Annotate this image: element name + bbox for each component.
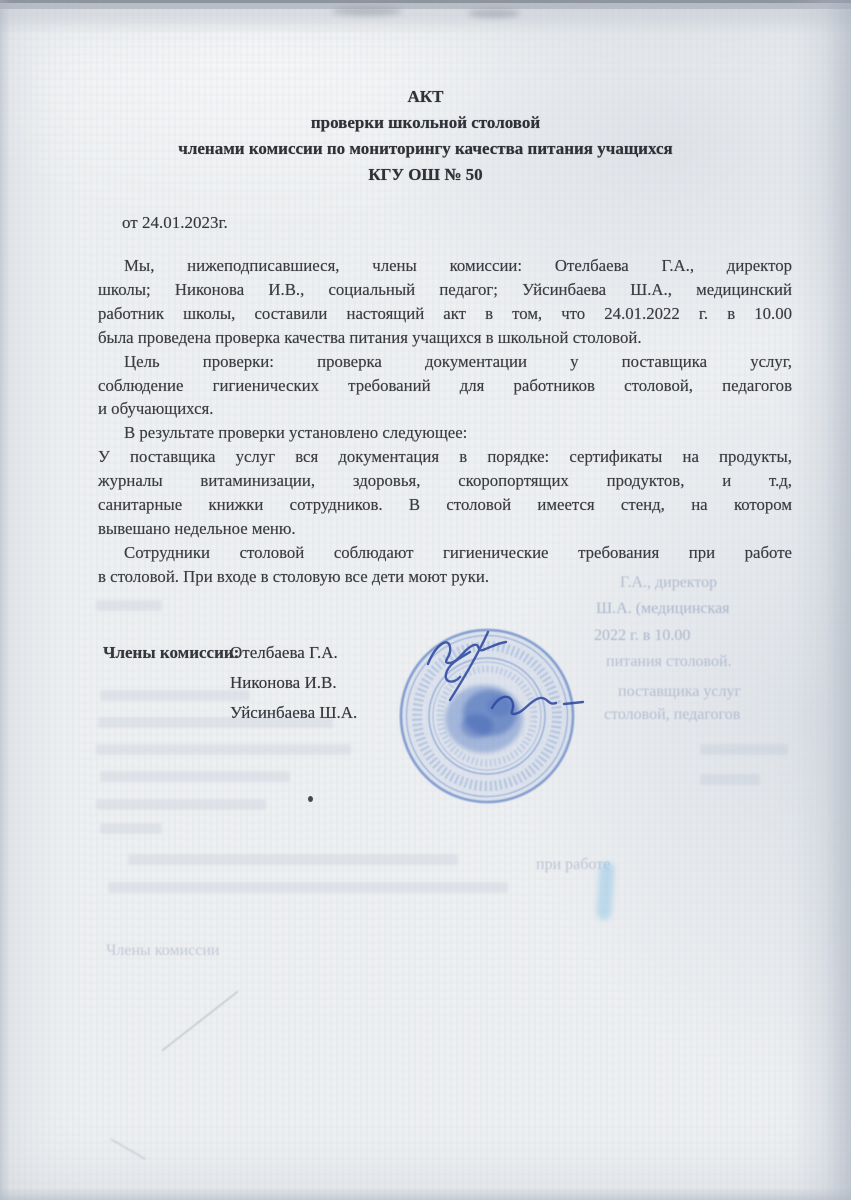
ghost-bleedthrough-smudge: [100, 771, 290, 782]
title-line-3: членами комиссии по мониторингу качества…: [0, 136, 851, 162]
scan-edge-bottom: [0, 1188, 851, 1200]
scan-edge-top: [0, 0, 851, 34]
ghost-bleedthrough-text: Ш.А. (медицинская: [596, 600, 730, 618]
body-line: была проведена проверка качества питания…: [98, 326, 792, 350]
ghost-bleedthrough-smudge: [700, 744, 788, 755]
body-line: У поставщика услуг вся документация в по…: [98, 445, 792, 469]
title-line-1: АКТ: [0, 84, 851, 110]
signature-ink: [390, 612, 610, 737]
body-line: вывешано недельное меню.: [98, 517, 792, 541]
body-line: и обучающихся.: [98, 397, 792, 421]
body-line: Мы, нижеподписавшиеся, члены комиссии: О…: [98, 254, 792, 278]
scanned-document-page: АКТ проверки школьной столовой членами к…: [0, 0, 851, 1200]
ghost-bleedthrough-text: столовой, педагогов: [604, 706, 740, 724]
scan-smudge: [332, 7, 402, 16]
document-body: Мы, нижеподписавшиеся, члены комиссии: О…: [98, 254, 792, 589]
commission-label: Члены комиссии:: [103, 638, 239, 668]
ghost-bleedthrough-text: Г.А., директор: [620, 574, 717, 592]
ghost-bleedthrough-smudge: [100, 690, 250, 701]
ghost-bleedthrough-smudge: [96, 799, 266, 810]
scan-smudge: [468, 9, 520, 18]
ghost-bleedthrough-smudge: [98, 717, 333, 728]
scan-scratch: [162, 991, 239, 1052]
blue-smudge: [596, 862, 615, 921]
body-line: Цель проверки: проверка документации у п…: [98, 350, 792, 374]
body-line: школы; Никонова И.В., социальный педагог…: [98, 278, 792, 302]
ghost-bleedthrough-text: питания столовой.: [606, 653, 732, 671]
commission-member-1: Отелбаева Г.А.: [230, 638, 357, 668]
ghost-bleedthrough-text: Члены комиссии: [106, 942, 219, 960]
title-line-4: КГУ ОШ № 50: [0, 162, 851, 188]
scan-scratch: [110, 1138, 146, 1160]
commission-block: Члены комиссии: Отелбаева Г.А. Никонова …: [103, 638, 239, 668]
ink-dot: [308, 796, 313, 802]
ghost-bleedthrough-smudge: [700, 774, 760, 785]
body-line: Сотрудники столовой соблюдают гигиеничес…: [98, 541, 792, 565]
ghost-bleedthrough-smudge: [100, 823, 162, 834]
body-line: санитарные книжки сотрудников. В столово…: [98, 493, 792, 517]
title-line-2: проверки школьной столовой: [0, 110, 851, 136]
body-line: журналы витаминизации, здоровья, скоропо…: [98, 469, 792, 493]
ghost-bleedthrough-smudge: [128, 854, 458, 865]
date-line: от 24.01.2023г.: [122, 213, 228, 233]
ghost-bleedthrough-smudge: [108, 882, 508, 893]
ghost-bleedthrough-text: поставщика услуг: [618, 683, 741, 701]
body-line: работник школы, составили настоящий акт …: [98, 302, 792, 326]
ghost-bleedthrough-smudge: [96, 600, 162, 611]
ghost-bleedthrough-smudge: [96, 744, 351, 755]
body-line: соблюдение гигиенических требований для …: [98, 374, 792, 398]
body-line: В результате проверки установлено следую…: [98, 421, 792, 445]
document-title: АКТ проверки школьной столовой членами к…: [0, 84, 851, 188]
